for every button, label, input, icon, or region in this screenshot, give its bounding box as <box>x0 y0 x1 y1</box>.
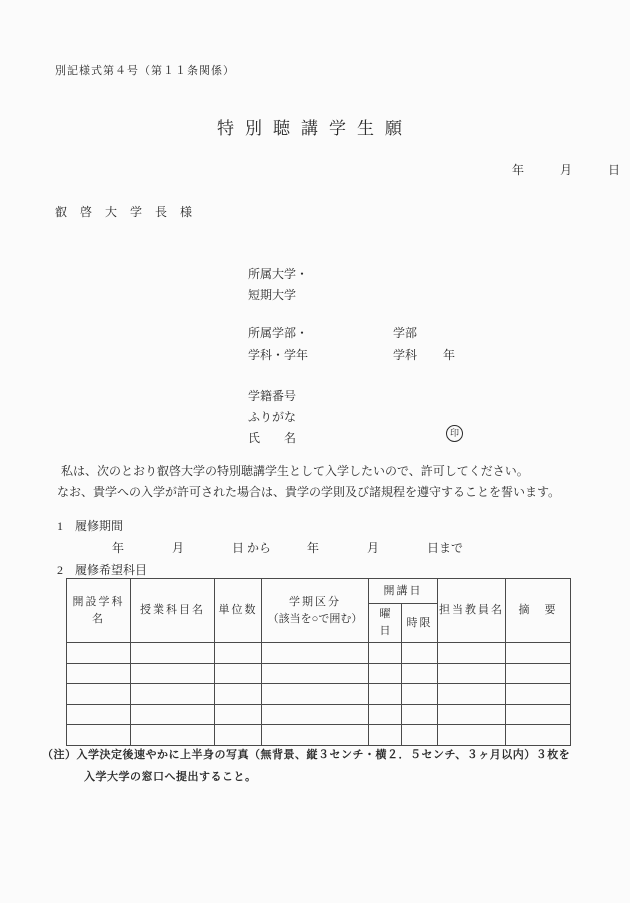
course-table: 開設学科名 授業科目名 単位数 学期区分 （該当を○で囲む） 開講日 担当教員名… <box>66 578 571 746</box>
course-table-cell <box>438 643 506 664</box>
course-table-cell <box>67 704 131 725</box>
course-table-row <box>67 643 571 664</box>
course-table-cell <box>215 704 262 725</box>
course-table-cell <box>402 684 438 705</box>
university-label-line1: 所属大学・ <box>248 265 308 282</box>
section2-heading: 2 履修希望科目 <box>57 561 147 578</box>
note-line1: （注）入学決定後速やかに上半身の写真（無背景、縦３センチ・横２．５センチ、３ヶ月… <box>42 746 570 762</box>
header-course-name: 授業科目名 <box>131 579 215 643</box>
department-label: 学科・学年 <box>248 346 308 363</box>
course-table-cell <box>369 684 402 705</box>
note-line2: 入学大学の窓口へ提出すること。 <box>84 768 257 784</box>
course-table-cell <box>438 704 506 725</box>
course-table-cell <box>262 663 369 684</box>
course-table-cell <box>438 725 506 746</box>
course-table-body <box>67 643 571 746</box>
header-term: 学期区分 （該当を○で囲む） <box>262 579 369 643</box>
course-table-row <box>67 684 571 705</box>
student-id-label: 学籍番号 <box>248 387 296 404</box>
header-term-line2: （該当を○で囲む） <box>268 613 363 625</box>
course-table-cell <box>438 684 506 705</box>
course-table-cell <box>131 684 215 705</box>
course-table-cell <box>131 725 215 746</box>
form-number: 別記様式第４号（第１１条関係） <box>55 62 235 78</box>
header-weekday: 曜日 <box>369 604 402 643</box>
pledge-line2: なお、貴学への入学が許可された場合は、貴学の学則及び諸規程を遵守することを誓いま… <box>57 483 560 500</box>
course-table-cell <box>131 663 215 684</box>
course-table-cell <box>67 684 131 705</box>
course-table-cell <box>506 663 571 684</box>
header-term-line1: 学期区分 <box>289 596 341 608</box>
course-table-cell <box>67 643 131 664</box>
faculty-label: 所属学部・ <box>248 324 308 341</box>
course-table-cell <box>67 663 131 684</box>
header-instructor: 担当教員名 <box>438 579 506 643</box>
course-table-cell <box>262 643 369 664</box>
course-table-cell <box>369 704 402 725</box>
course-table-cell <box>369 663 402 684</box>
date-line: 年 月 日 <box>512 161 620 178</box>
course-table-cell <box>131 704 215 725</box>
course-table-cell <box>262 725 369 746</box>
course-table-row <box>67 725 571 746</box>
header-open-day-group: 開講日 <box>369 579 438 604</box>
course-table-row <box>67 704 571 725</box>
course-table-row <box>67 663 571 684</box>
pledge-line1: 私は、次のとおり叡啓大学の特別聴講学生として入学したいので、許可してください。 <box>61 462 529 479</box>
enrollment-period-line: 年 月 日 から 年 月 日まで <box>112 539 463 556</box>
course-table-cell <box>262 704 369 725</box>
header-units: 単位数 <box>215 579 262 643</box>
course-table-cell <box>215 663 262 684</box>
header-remarks: 摘 要 <box>506 579 571 643</box>
document-page: 別記様式第４号（第１１条関係） 特別聴講学生願 年 月 日 叡啓大学長様 所属大… <box>0 0 630 903</box>
section1-heading: 1 履修期間 <box>57 517 123 534</box>
addressee-line: 叡啓大学長様 <box>55 203 205 220</box>
course-table-cell <box>215 643 262 664</box>
department-suffix-label: 学科 <box>393 346 417 363</box>
year-suffix-label: 年 <box>443 346 455 363</box>
course-table-header: 開設学科名 授業科目名 単位数 学期区分 （該当を○で囲む） 開講日 担当教員名… <box>67 579 571 643</box>
name-label: 氏 名 <box>248 429 296 446</box>
document-title: 特別聴講学生願 <box>0 114 630 139</box>
furigana-label: ふりがな <box>248 408 296 425</box>
seal-mark-icon: 印 <box>446 425 463 442</box>
course-table-cell <box>262 684 369 705</box>
header-period: 時限 <box>402 604 438 643</box>
course-table-cell <box>506 725 571 746</box>
course-table-cell <box>402 725 438 746</box>
course-table-cell <box>402 643 438 664</box>
course-table-cell <box>402 663 438 684</box>
course-table-cell <box>438 663 506 684</box>
course-table-cell <box>215 725 262 746</box>
university-label-line2: 短期大学 <box>248 286 296 303</box>
course-table-cell <box>67 725 131 746</box>
faculty-suffix-label: 学部 <box>393 324 417 341</box>
course-table-cell <box>369 725 402 746</box>
header-department: 開設学科名 <box>67 579 131 643</box>
course-table-cell <box>215 684 262 705</box>
course-table-cell <box>506 643 571 664</box>
course-table-cell <box>402 704 438 725</box>
course-table-cell <box>131 643 215 664</box>
course-table-cell <box>506 684 571 705</box>
course-table-cell <box>369 643 402 664</box>
course-table-cell <box>506 704 571 725</box>
